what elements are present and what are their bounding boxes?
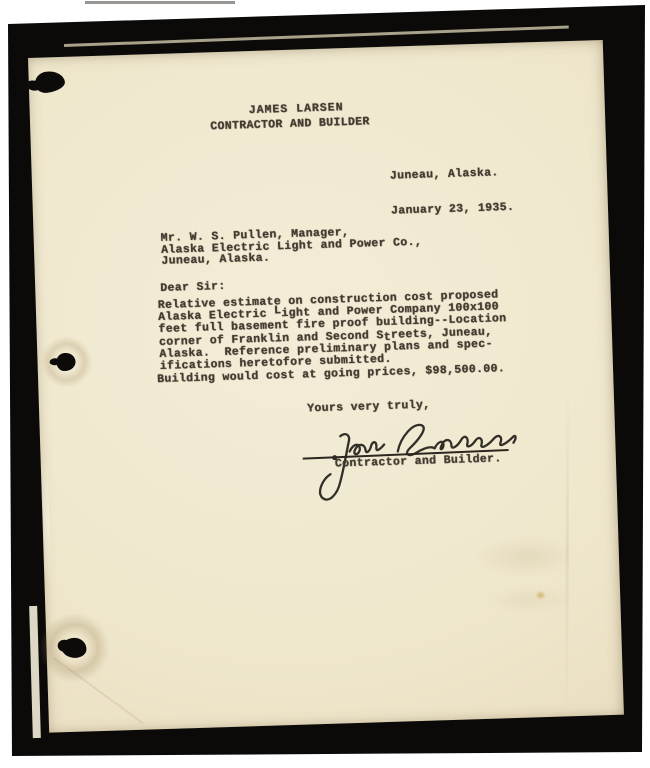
letterhead-title: CONTRACTOR AND BUILDER [210, 116, 370, 133]
letter-body: Relative estimate on construction cost p… [158, 289, 508, 373]
salutation: Dear Sir: [160, 281, 226, 295]
scan-edge-artifact [85, 1, 235, 4]
closing-line: Yours very truly, [307, 400, 431, 416]
letter-paper: JAMES LARSEN CONTRACTOR AND BUILDER June… [28, 40, 624, 733]
letterhead-name: JAMES LARSEN [249, 102, 344, 117]
ink-bleed-through [473, 534, 579, 579]
dateline-date: January 23, 1935. [391, 202, 515, 218]
scanned-letter-canvas: JAMES LARSEN CONTRACTOR AND BUILDER June… [0, 0, 650, 768]
dateline-place: Juneau, Alaska. [390, 166, 514, 182]
recipient-address: Mr. W. S. Pullen, Manager,Alaska Electri… [161, 225, 423, 268]
ink-bleed-through [483, 584, 576, 615]
punch-hole-top [33, 69, 66, 94]
paper-crease-left [42, 458, 52, 583]
